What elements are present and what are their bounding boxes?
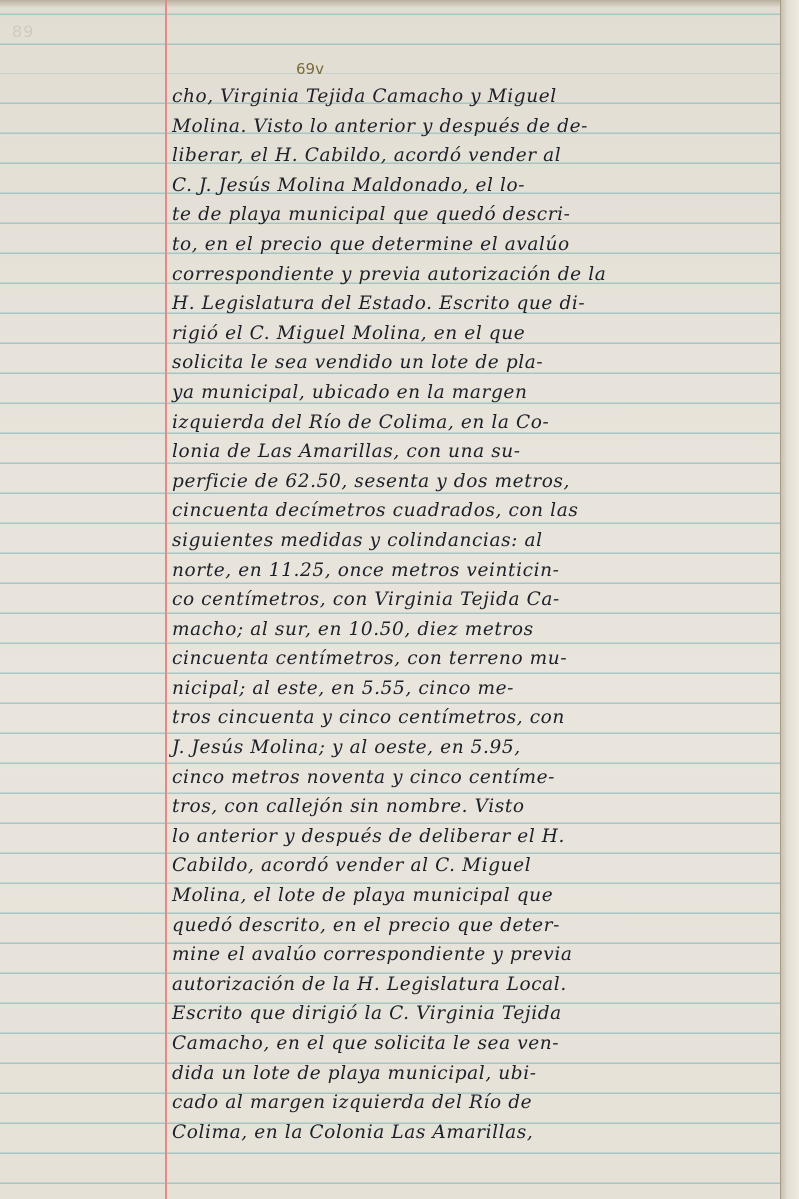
text-line: cinco metros noventa y cinco centíme- [172,763,762,793]
text-line: perficie de 62.50, sesenta y dos metros, [172,467,762,497]
text-line: liberar, el H. Cabildo, acordó vender al [172,141,762,171]
text-line: quedó descrito, en el precio que deter- [172,911,762,941]
text-line: co centímetros, con Virginia Tejida Ca- [172,585,762,615]
text-line: macho; al sur, en 10.50, diez metros [172,615,762,645]
text-line: C. J. Jesús Molina Maldonado, el lo- [172,171,762,201]
text-line: Cabildo, acordó vender al C. Miguel [172,851,762,881]
text-line: tros, con callejón sin nombre. Visto [172,792,762,822]
text-line: Colima, en la Colonia Las Amarillas, [172,1118,762,1148]
text-line: cado al margen izquierda del Río de [172,1088,762,1118]
text-line: to, en el precio que determine el avalúo [172,230,762,260]
next-page-edge [780,0,799,1199]
text-line: Molina. Visto lo anterior y después de d… [172,112,762,142]
text-line: H. Legislatura del Estado. Escrito que d… [172,289,762,319]
text-line: Molina, el lote de playa municipal que [172,881,762,911]
text-line: cincuenta centímetros, con terreno mu- [172,644,762,674]
text-line: norte, en 11.25, once metros veinticin- [172,556,762,586]
text-line: lonia de Las Amarillas, con una su- [172,437,762,467]
text-line: cincuenta decímetros cuadrados, con las [172,496,762,526]
text-line: J. Jesús Molina; y al oeste, en 5.95, [172,733,762,763]
red-margin-line [165,0,167,1199]
text-line: correspondiente y previa autorización de… [172,260,762,290]
text-line: izquierda del Río de Colima, en la Co- [172,408,762,438]
handwritten-text: cho, Virginia Tejida Camacho y Miguel Mo… [172,82,762,1147]
text-line: lo anterior y después de deliberar el H. [172,822,762,852]
text-line: tros cincuenta y cinco centímetros, con [172,703,762,733]
text-line: ya municipal, ubicado en la margen [172,378,762,408]
text-line: Escrito que dirigió la C. Virginia Tejid… [172,999,762,1029]
text-line: mine el avalúo correspondiente y previa [172,940,762,970]
text-line: dida un lote de playa municipal, ubi- [172,1059,762,1089]
text-line: rigió el C. Miguel Molina, en el que [172,319,762,349]
text-line: nicipal; al este, en 5.55, cinco me- [172,674,762,704]
text-line: te de playa municipal que quedó descri- [172,200,762,230]
text-line: Camacho, en el que solicita le sea ven- [172,1029,762,1059]
text-line: siguientes medidas y colindancias: al [172,526,762,556]
text-line: cho, Virginia Tejida Camacho y Miguel [172,82,762,112]
folio-number: 69v [296,60,324,78]
bleed-through-page-number: 89 [12,22,34,41]
text-line: solicita le sea vendido un lote de pla- [172,348,762,378]
ledger-page: 89 69v cho, Virginia Tejida Camacho y Mi… [0,0,781,1199]
text-line: autorización de la H. Legislatura Local. [172,970,762,1000]
